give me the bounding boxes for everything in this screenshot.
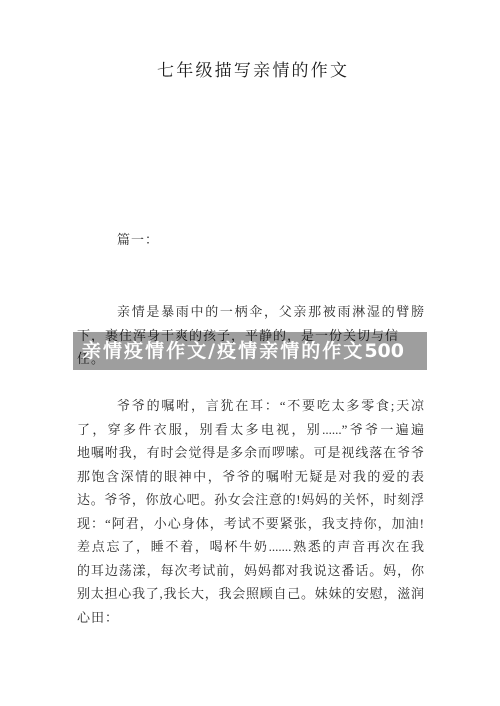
paragraph-line: 爷爷的嘱咐，言犹在耳：“不要吃太多零食;天凉 bbox=[77, 394, 424, 418]
paragraph-line: 现：“阿君，小心身体，考试不要紧张，我支持你，加油! bbox=[77, 512, 424, 536]
document-title: 七年级描写亲情的作文 bbox=[157, 61, 347, 81]
paragraph-line: 地嘱咐我，有时会觉得是多余而啰嗦。可是视线落在爷爷 bbox=[77, 441, 424, 465]
banner-text: 亲情疫情作文/疫情亲情的作文500 bbox=[82, 332, 404, 370]
paragraph-line: 别太担心我了,我长大，我会照顾自己。妹妹的安慰，滋润 bbox=[77, 582, 424, 606]
paragraph-line: 那饱含深情的眼神中，爷爷的嘱咐无疑是对我的爱的表 bbox=[77, 465, 424, 489]
paragraph-line: 心田： bbox=[77, 606, 424, 630]
title-banner-overlay: 亲情疫情作文/疫情亲情的作文500 bbox=[73, 332, 427, 370]
section-heading: 篇一： bbox=[117, 228, 159, 251]
paragraph-line: 亲情是暴雨中的一柄伞，父亲那被雨淋湿的臂膀 bbox=[77, 300, 424, 324]
paragraph-2: 爷爷的嘱咐，言犹在耳：“不要吃太多零食;天凉 了，穿多件衣服，别看太多电视，别.… bbox=[77, 394, 424, 629]
paragraph-line: 达。爷爷，你放心吧。孙女会注意的!妈妈的关怀，时刻浮 bbox=[77, 488, 424, 512]
document-page: 七年级描写亲情的作文 篇一： 亲情是暴雨中的一柄伞，父亲那被雨淋湿的臂膀 下，裹… bbox=[0, 0, 500, 706]
paragraph-line: 了，穿多件衣服，别看太多电视，别......”爷爷一遍遍 bbox=[77, 418, 424, 442]
paragraph-line: 的耳边荡漾，每次考试前，妈妈都对我说这番话。妈，你 bbox=[77, 559, 424, 583]
paragraph-line: 差点忘了，睡不着，喝杯牛奶.......熟悉的声音再次在我 bbox=[77, 535, 424, 559]
